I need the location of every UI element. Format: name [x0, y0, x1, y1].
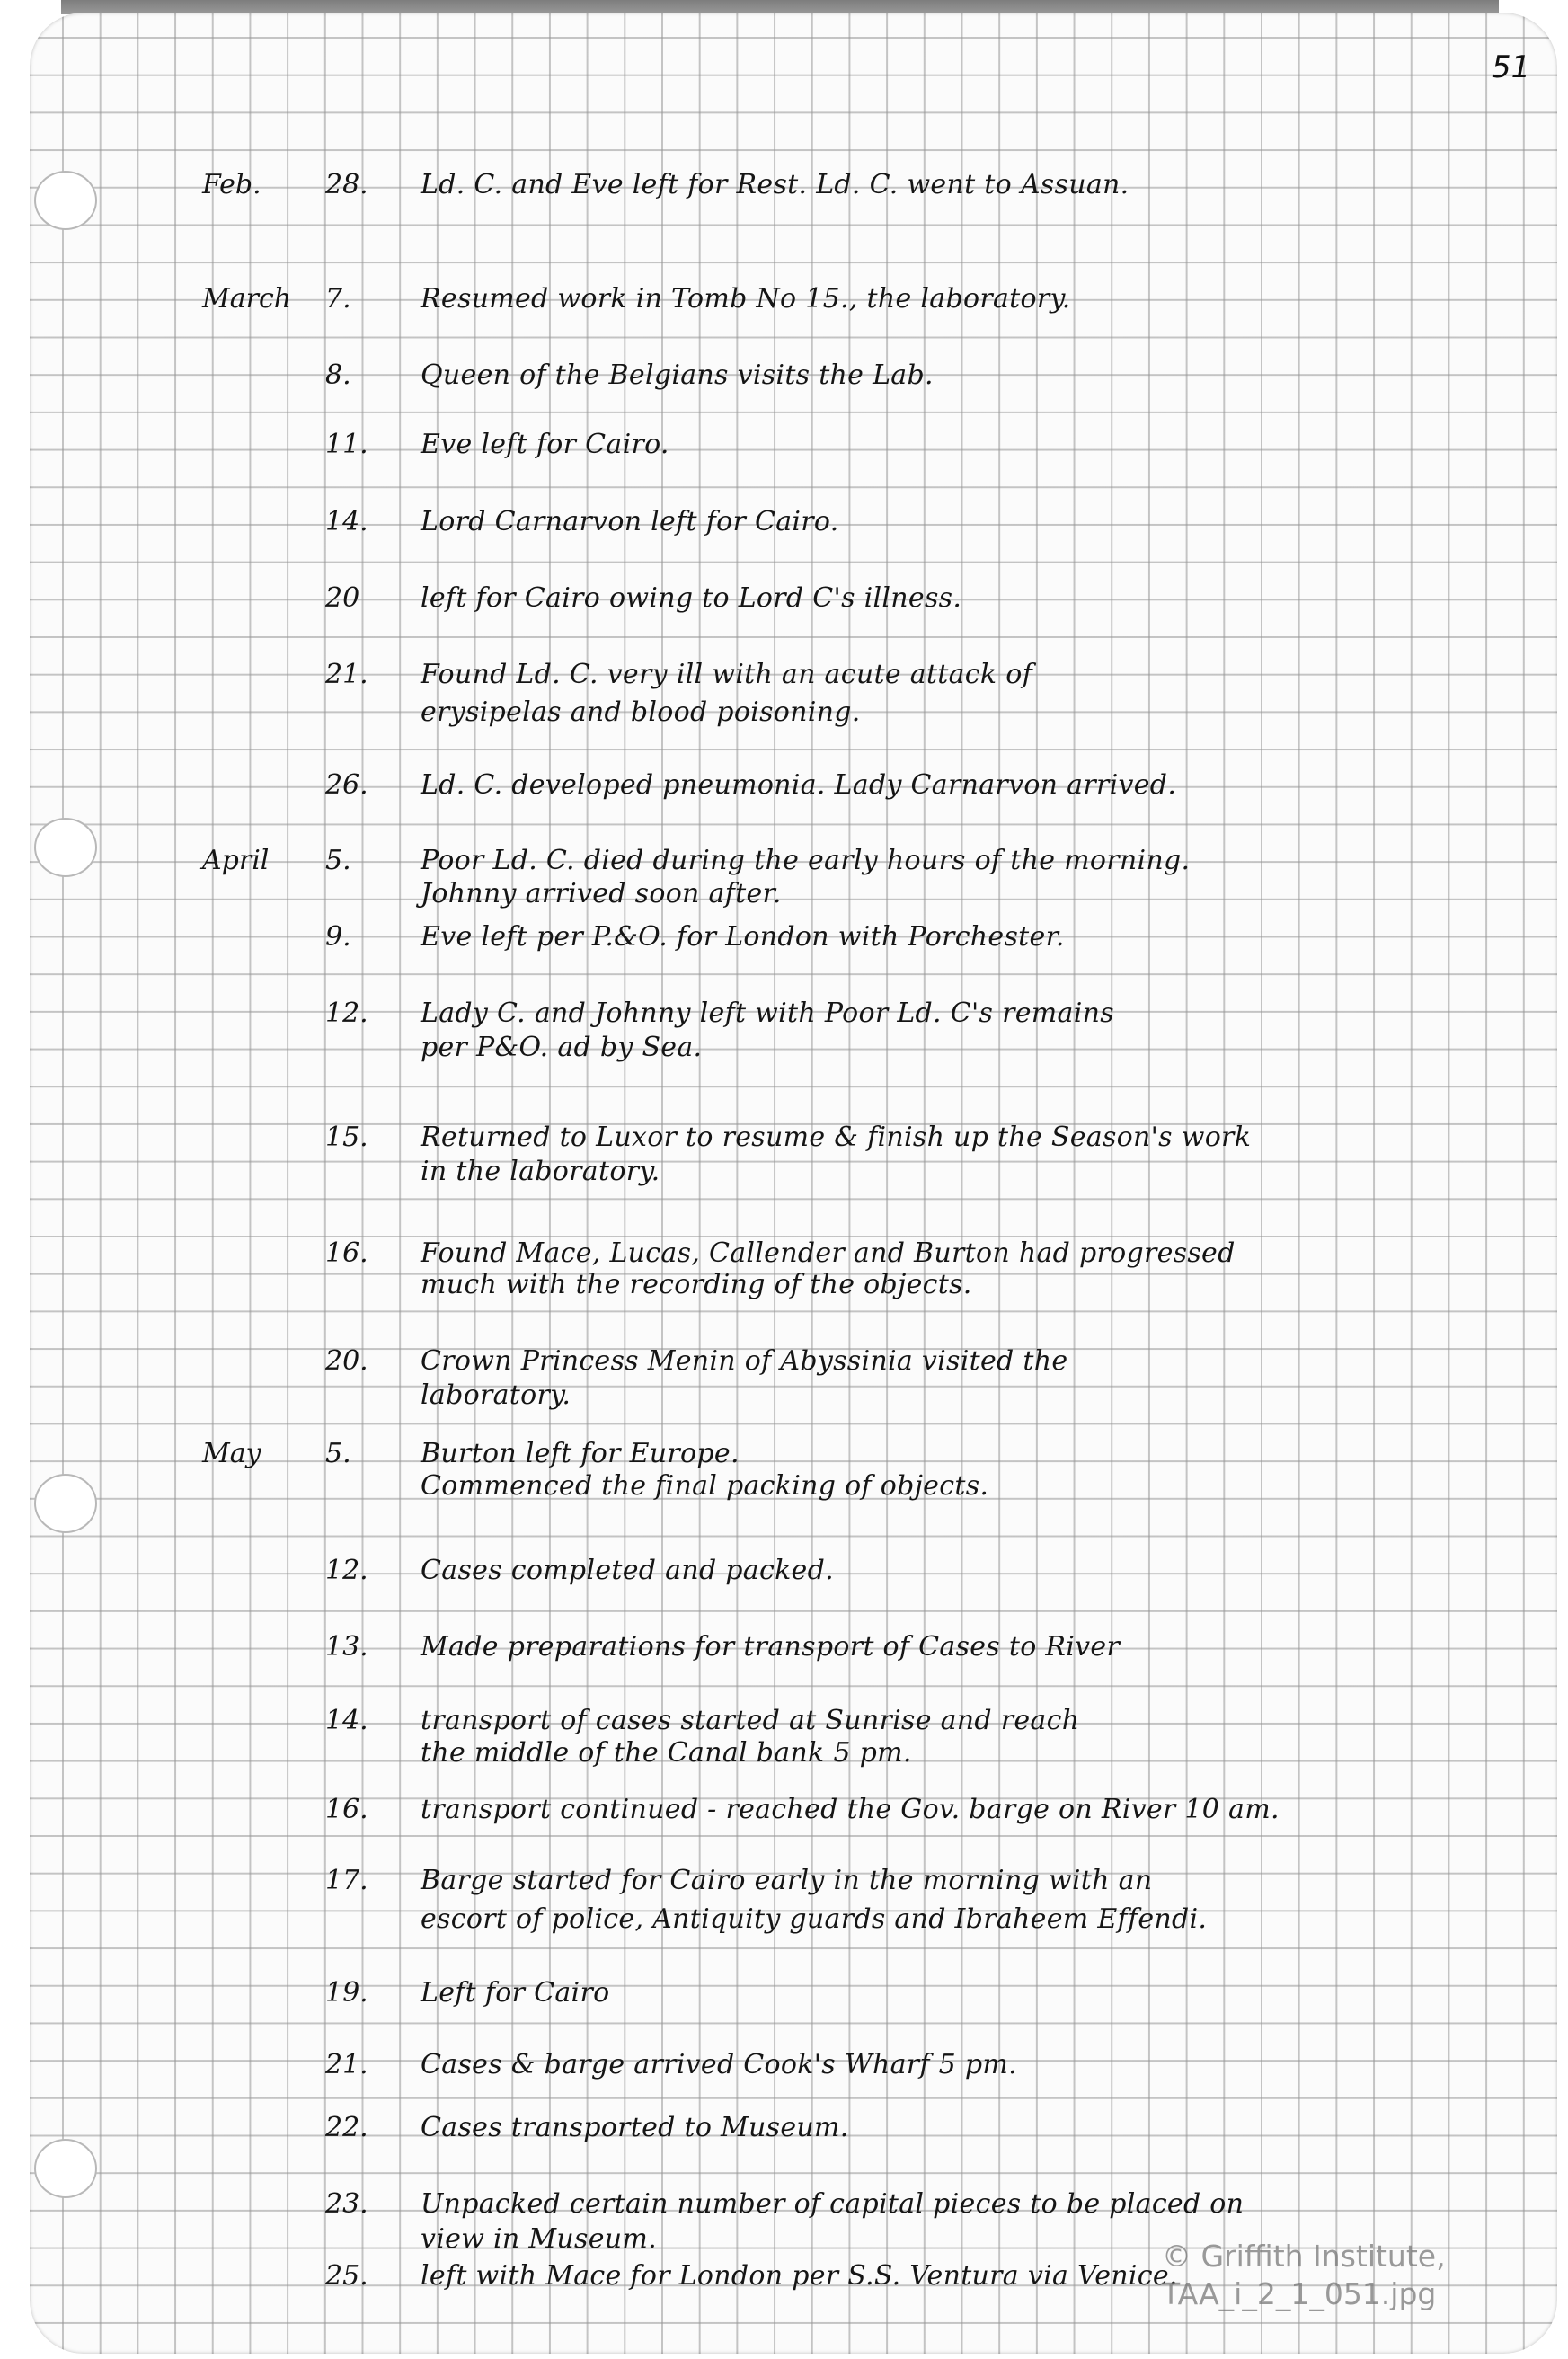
entry-text: erysipelas and blood poisoning.	[421, 696, 861, 728]
entry-text: the middle of the Canal bank 5 pm.	[421, 1737, 912, 1769]
entry-day: 12.	[325, 1555, 379, 1586]
entry-day: 20.	[325, 1345, 379, 1377]
entry-text: view in Museum.	[421, 2223, 657, 2255]
punch-hole	[34, 171, 97, 230]
entry-text: Resumed work in Tomb No 15., the laborat…	[421, 283, 1071, 315]
entry-day: 26.	[325, 769, 379, 801]
entry-text: transport of cases started at Sunrise an…	[421, 1705, 1079, 1736]
entry-text: Left for Cairo	[421, 1977, 609, 2009]
entry-text: Poor Ld. C. died during the early hours …	[421, 845, 1190, 876]
entry-text: Cases completed and packed.	[421, 1555, 834, 1586]
entry-day: 13.	[325, 1631, 379, 1663]
entry-day: 12.	[325, 998, 379, 1029]
entry-text: escort of police, Antiquity guards and I…	[421, 1903, 1207, 1935]
entry-text: Made preparations for transport of Cases…	[421, 1631, 1120, 1663]
entry-day: 16.	[325, 1794, 379, 1825]
entry-day: 5.	[325, 1438, 379, 1469]
entry-day: 25.	[325, 2260, 379, 2292]
entry-day: 20	[325, 582, 379, 614]
entry-text: Barge started for Cairo early in the mor…	[421, 1865, 1152, 1896]
entry-day: 14.	[325, 1705, 379, 1736]
entry-day: 21.	[325, 2049, 379, 2080]
entry-day: 11.	[325, 429, 379, 460]
entry-month: March	[202, 283, 291, 315]
entry-text: Found Mace, Lucas, Callender and Burton …	[421, 1237, 1236, 1269]
entry-text: Lord Carnarvon left for Cairo.	[421, 506, 839, 537]
entry-text: in the laboratory.	[421, 1156, 660, 1187]
entry-day: 5.	[325, 845, 379, 876]
entry-day: 23.	[325, 2188, 379, 2220]
entry-text: Ld. C. developed pneumonia. Lady Carnarv…	[421, 769, 1176, 801]
entry-text: Burton left for Europe.	[421, 1438, 740, 1469]
entry-day: 9.	[325, 921, 379, 953]
entry-month: April	[202, 845, 269, 876]
entry-month: May	[202, 1438, 261, 1469]
entry-day: 17.	[325, 1865, 379, 1896]
entry-day: 19.	[325, 1977, 379, 2009]
punch-hole	[34, 1474, 97, 1533]
entry-text: Cases transported to Museum.	[421, 2112, 849, 2143]
watermark-line-1: © Griffith Institute,	[1162, 2238, 1446, 2275]
entry-text: Queen of the Belgians visits the Lab.	[421, 359, 934, 391]
entry-day: 14.	[325, 506, 379, 537]
entry-day: 22.	[325, 2112, 379, 2143]
entry-day: 16.	[325, 1237, 379, 1269]
entry-text: Found Ld. C. very ill with an acute atta…	[421, 659, 1032, 690]
entry-text: Returned to Luxor to resume & finish up …	[421, 1122, 1251, 1153]
entry-text: much with the recording of the objects.	[421, 1269, 972, 1300]
entry-day: 28.	[325, 169, 379, 200]
entry-text: per P&O. ad by Sea.	[421, 1032, 702, 1063]
entry-day: 21.	[325, 659, 379, 690]
entry-text: left for Cairo owing to Lord C's illness…	[421, 582, 961, 614]
entry-text: Ld. C. and Eve left for Rest. Ld. C. wen…	[421, 169, 1129, 200]
entry-text: Cases & barge arrived Cook's Wharf 5 pm.	[421, 2049, 1017, 2080]
entry-text: Eve left per P.&O. for London with Porch…	[421, 921, 1065, 953]
watermark-line-2: TAA_i_2_1_051.jpg	[1162, 2275, 1446, 2313]
entry-text: Commenced the final packing of objects.	[421, 1470, 988, 1502]
entry-month: Feb.	[202, 169, 261, 200]
entry-day: 7.	[325, 283, 379, 315]
entry-text: Johnny arrived soon after.	[421, 878, 782, 909]
entry-text: Eve left for Cairo.	[421, 429, 669, 460]
entry-text: Crown Princess Menin of Abyssinia visite…	[421, 1345, 1067, 1377]
entry-text: left with Mace for London per S.S. Ventu…	[421, 2260, 1178, 2292]
entry-text: Lady C. and Johnny left with Poor Ld. C'…	[421, 998, 1114, 1029]
punch-hole	[34, 2139, 97, 2198]
entry-text: transport continued - reached the Gov. b…	[421, 1794, 1280, 1825]
entry-text: laboratory.	[421, 1379, 571, 1411]
entry-day: 15.	[325, 1122, 379, 1153]
copyright-watermark: © Griffith Institute, TAA_i_2_1_051.jpg	[1162, 2238, 1446, 2313]
punch-hole	[34, 818, 97, 877]
entry-day: 8.	[325, 359, 379, 391]
entry-text: Unpacked certain number of capital piece…	[421, 2188, 1244, 2220]
page-number: 51	[1492, 49, 1530, 85]
